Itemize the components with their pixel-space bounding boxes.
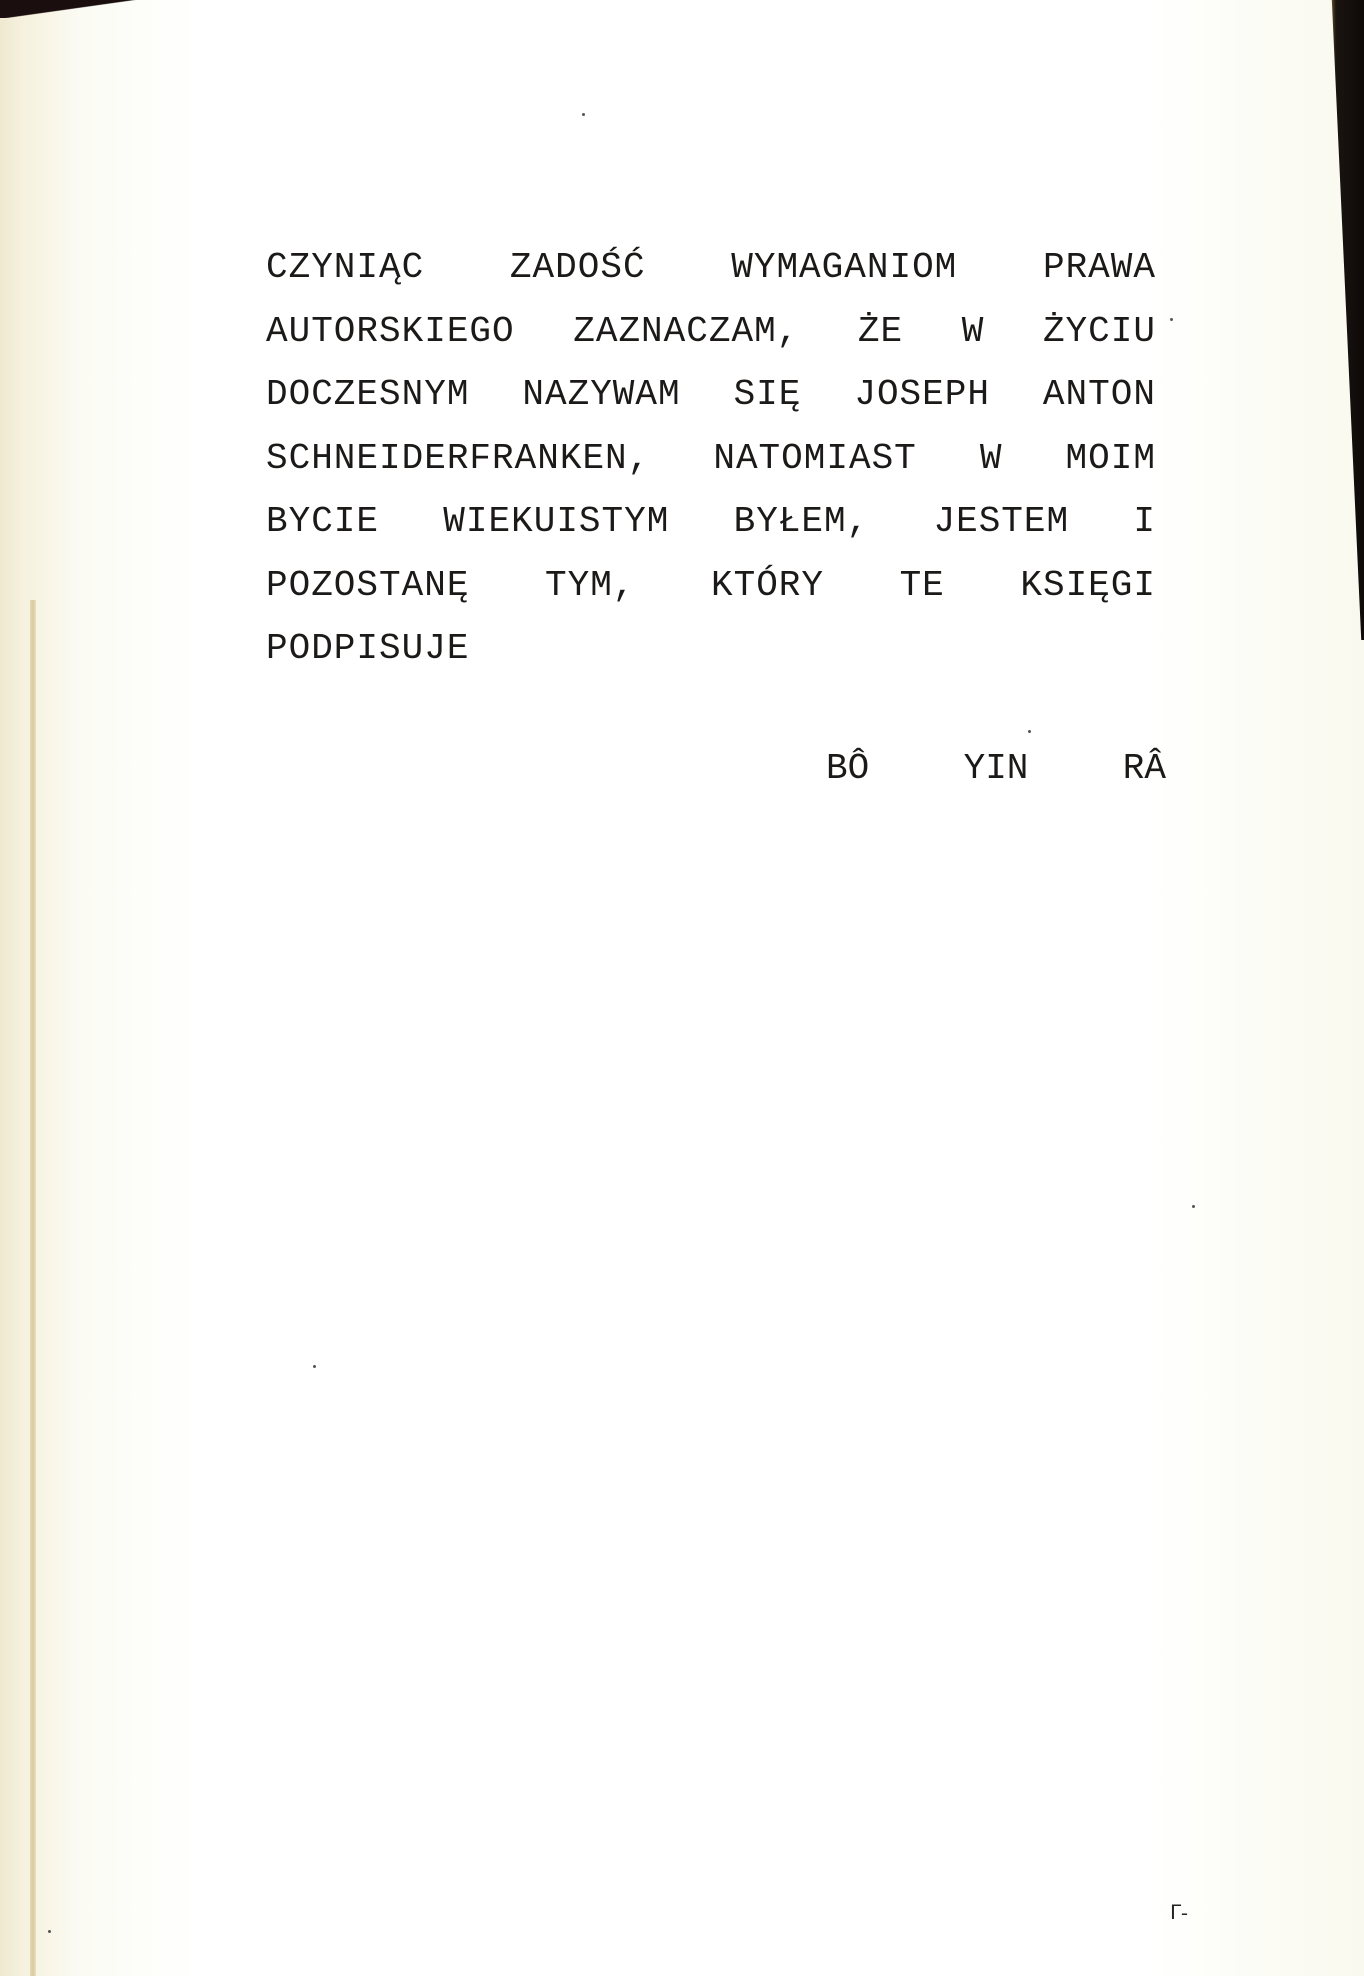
text-line: DOCZESNYMNAZYWAMSIĘJOSEPHANTON: [266, 363, 1156, 427]
text-word: DOCZESNYM: [266, 363, 469, 427]
text-word: WIEKUISTYM: [443, 490, 669, 554]
text-word: I: [1133, 490, 1156, 554]
text-word: ZAZNACZAM,: [573, 300, 799, 364]
text-word: ŻE: [858, 300, 903, 364]
text-word: ŻYCIU: [1043, 300, 1156, 364]
text-word: SCHNEIDERFRANKEN,: [266, 427, 650, 491]
text-word: ANTON: [1043, 363, 1156, 427]
text-word: TYM,: [545, 554, 635, 618]
text-word: PRAWA: [1043, 236, 1156, 300]
signature-word: BÔ: [826, 748, 869, 789]
text-word: W: [980, 427, 1003, 491]
signature-word: YIN: [964, 748, 1029, 789]
text-line: SCHNEIDERFRANKEN,NATOMIASTWMOIM: [266, 427, 1156, 491]
signature-word: RÂ: [1123, 748, 1166, 789]
text-word: W: [962, 300, 985, 364]
page-right-edge: [1318, 0, 1364, 640]
text-word: JOSEPH: [854, 363, 990, 427]
text-word: BYCIE: [266, 490, 379, 554]
text-line: POZOSTANĘTYM,KTÓRYTEKSIĘGI: [266, 554, 1156, 618]
paper-speck: [1170, 318, 1173, 321]
paper-speck: [582, 113, 585, 116]
text-word: SIĘ: [734, 363, 802, 427]
text-word: KSIĘGI: [1020, 554, 1156, 618]
paper-speck: [1192, 1205, 1195, 1208]
text-word: MOIM: [1066, 427, 1156, 491]
text-word: NAZYWAM: [522, 363, 680, 427]
copyright-statement: CZYNIĄCZADOŚĆWYMAGANIOMPRAWAAUTORSKIEGOZ…: [266, 236, 1156, 681]
text-word: ZADOŚĆ: [510, 236, 646, 300]
page-top-shadow: [0, 0, 200, 18]
text-word: JESTEM: [934, 490, 1070, 554]
text-line: PODPISUJE: [266, 617, 1156, 681]
paper-speck: [313, 1365, 316, 1368]
text-word: POZOSTANĘ: [266, 554, 469, 618]
text-word: TE: [900, 554, 945, 618]
text-word: WYMAGANIOM: [731, 236, 957, 300]
text-word: NATOMIAST: [713, 427, 916, 491]
text-word: KTÓRY: [711, 554, 824, 618]
text-word: PODPISUJE: [266, 617, 469, 681]
book-spine-edge: [30, 600, 36, 1976]
text-word: CZYNIĄC: [266, 236, 424, 300]
page-corner-mark: ᒥ-: [1170, 1900, 1188, 1925]
author-signature: BÔ YIN RÂ: [826, 748, 1166, 789]
text-line: CZYNIĄCZADOŚĆWYMAGANIOMPRAWA: [266, 236, 1156, 300]
text-word: BYŁEM,: [734, 490, 870, 554]
document-page: CZYNIĄCZADOŚĆWYMAGANIOMPRAWAAUTORSKIEGOZ…: [0, 0, 1364, 1976]
text-line: BYCIEWIEKUISTYMBYŁEM,JESTEMI: [266, 490, 1156, 554]
text-line: AUTORSKIEGOZAZNACZAM,ŻEWŻYCIU: [266, 300, 1156, 364]
paper-speck: [48, 1930, 51, 1933]
text-word: AUTORSKIEGO: [266, 300, 515, 364]
paper-speck: [1028, 730, 1031, 733]
